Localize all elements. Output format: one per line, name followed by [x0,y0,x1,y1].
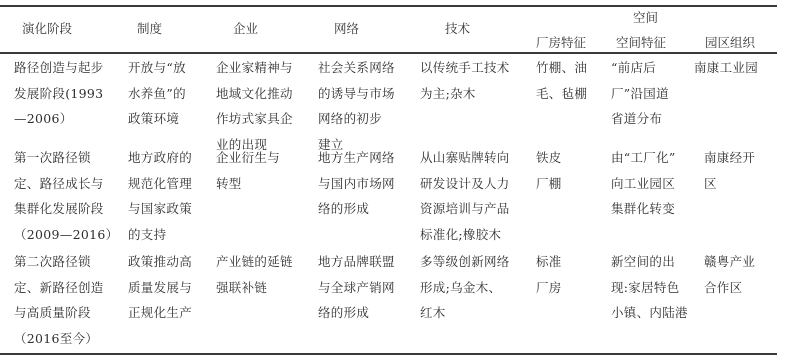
cell-technology: 以传统手工技术 为主;杂木 [420,55,510,106]
header-space-group: 空间 [633,10,658,26]
cell-enterprise: 企业家精神与 地域文化推动 作坊式家具企 业的出现 [216,55,293,157]
header-park: 园区组织 [705,35,755,51]
cell-factory: 标准 厂房 [536,249,562,300]
header-institution: 制度 [137,21,162,37]
header-enterprise: 企业 [233,21,258,37]
header-factory: 厂房特征 [536,35,586,51]
cell-enterprise: 产业链的延链 强联补链 [216,249,293,300]
header-stage: 演化阶段 [22,21,72,37]
cell-factory: 竹棚、油 毛、毡棚 [536,55,587,106]
header-spatial: 空间特征 [616,35,666,51]
cell-stage: 第一次路径锁 定、路径成长与 集群化发展阶段 （2009—2016） [14,145,118,247]
table-bottom-rule [0,353,777,355]
cell-technology: 多等级创新网络 形成;乌金木、 红木 [420,249,510,326]
cell-network: 地方生产网络 与国内市场网 络的形成 [318,145,395,222]
cell-institution: 地方政府的 规范化管理 与国家政策 的支持 [128,145,192,247]
cell-stage: 第二次路径锁 定、新路径创造 与高质量阶段 （2016至今） [14,249,104,351]
cell-spatial: 由“工厂化” 向工业园区 集群化转变 [611,145,676,222]
cell-park: 南康经开 区 [704,145,755,196]
cell-park: 南康工业园 [694,55,758,81]
cell-stage: 路径创造与起步 发展阶段(1993 —2006） [14,55,104,132]
cell-enterprise: 企业衍生与 转型 [216,145,280,196]
cell-institution: 政策推动高 质量发展与 正规化生产 [128,249,192,326]
cell-spatial: “前店后 厂”沿国道 省道分布 [611,55,669,132]
cell-institution: 开放与“放 水养鱼”的 政策环境 [128,55,186,132]
header-network: 网络 [334,21,359,37]
header-technology: 技术 [445,21,470,37]
cell-factory: 铁皮 厂棚 [536,145,562,196]
cell-network: 社会关系网络 的诱导与市场 网络的初步 建立 [318,55,395,157]
cell-network: 地方品牌联盟 与全球产销网 络的形成 [318,249,395,326]
header-rule [0,52,777,54]
table-top-rule [0,5,777,7]
cell-spatial: 新空间的出 现:家居特色 小镇、内陆港 [611,249,688,326]
cell-technology: 从山寨贴牌转向 研发设计及人力 资源培训与产品 标准化;橡胶木 [420,145,510,247]
cell-park: 赣粤产业 合作区 [704,249,755,300]
